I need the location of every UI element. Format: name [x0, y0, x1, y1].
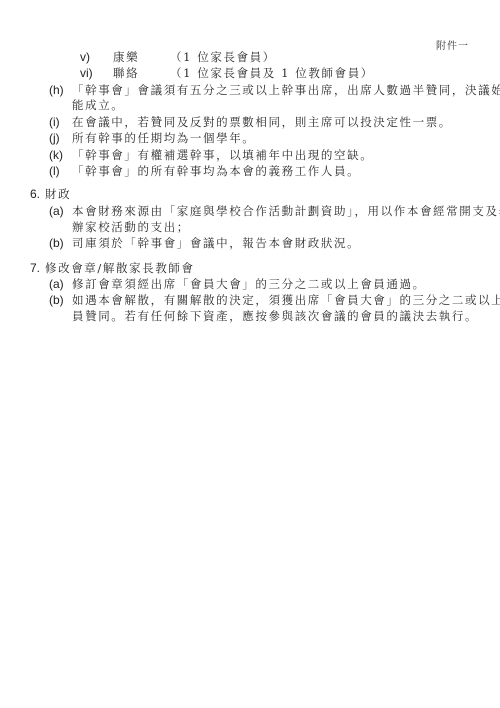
- item-text: 司庫須於「幹事會」會議中，報告本會財政狀況。: [72, 236, 360, 250]
- item-text-cont: 員贊同。若有任何餘下資產，應按參與該次會議的會員的議決去執行。: [72, 309, 478, 323]
- rule-text: 所有幹事的任期均為一個學年。: [72, 131, 255, 145]
- rule-label: (k): [49, 148, 63, 162]
- section-number: 7.: [30, 261, 40, 275]
- position-role: 康樂: [113, 50, 139, 64]
- rule-label: (i): [49, 115, 60, 129]
- section-title: 修改會章/解散家長教師會: [45, 261, 195, 275]
- item-text: 本會財務來源由「家庭與學校合作活動計劃資助」，用以作本會經常開支及舉: [72, 204, 500, 218]
- rule-text-cont: 能成立。: [72, 98, 124, 112]
- item-text: 修訂會章須經出席「會員大會」的三分之二或以上會員通過。: [72, 277, 426, 291]
- item-label: (a): [49, 277, 64, 291]
- section-number: 6.: [30, 187, 40, 201]
- rule-text: 「幹事會」會議須有五分之三或以上幹事出席，出席人數過半贊同，決議始: [72, 83, 500, 97]
- position-label: v): [80, 50, 90, 64]
- position-label: vi): [80, 66, 93, 80]
- rule-label: (j): [49, 131, 60, 145]
- item-label: (b): [49, 293, 64, 307]
- position-quota: （1 位家長會員及 1 位教師會員）: [170, 66, 374, 80]
- rule-text: 「幹事會」有權補選幹事，以填補年中出現的空缺。: [72, 148, 373, 162]
- item-label: (b): [49, 236, 64, 250]
- section-title: 財政: [45, 187, 71, 201]
- rule-text: 「幹事會」的所有幹事均為本會的義務工作人員。: [72, 164, 360, 178]
- attachment-label: 附件一: [436, 37, 469, 52]
- item-label: (a): [49, 204, 64, 218]
- item-text-cont: 辦家校活動的支出；: [72, 220, 190, 234]
- position-role: 聯絡: [113, 66, 139, 80]
- rule-label: (l): [49, 164, 60, 178]
- position-quota: （1 位家長會員）: [170, 50, 276, 64]
- rule-text: 在會議中，若贊同及反對的票數相同，則主席可以投決定性一票。: [72, 115, 452, 129]
- rule-label: (h): [49, 83, 64, 97]
- item-text: 如遇本會解散，有關解散的決定，須獲出席「會員大會」的三分之二或以上會: [72, 293, 500, 307]
